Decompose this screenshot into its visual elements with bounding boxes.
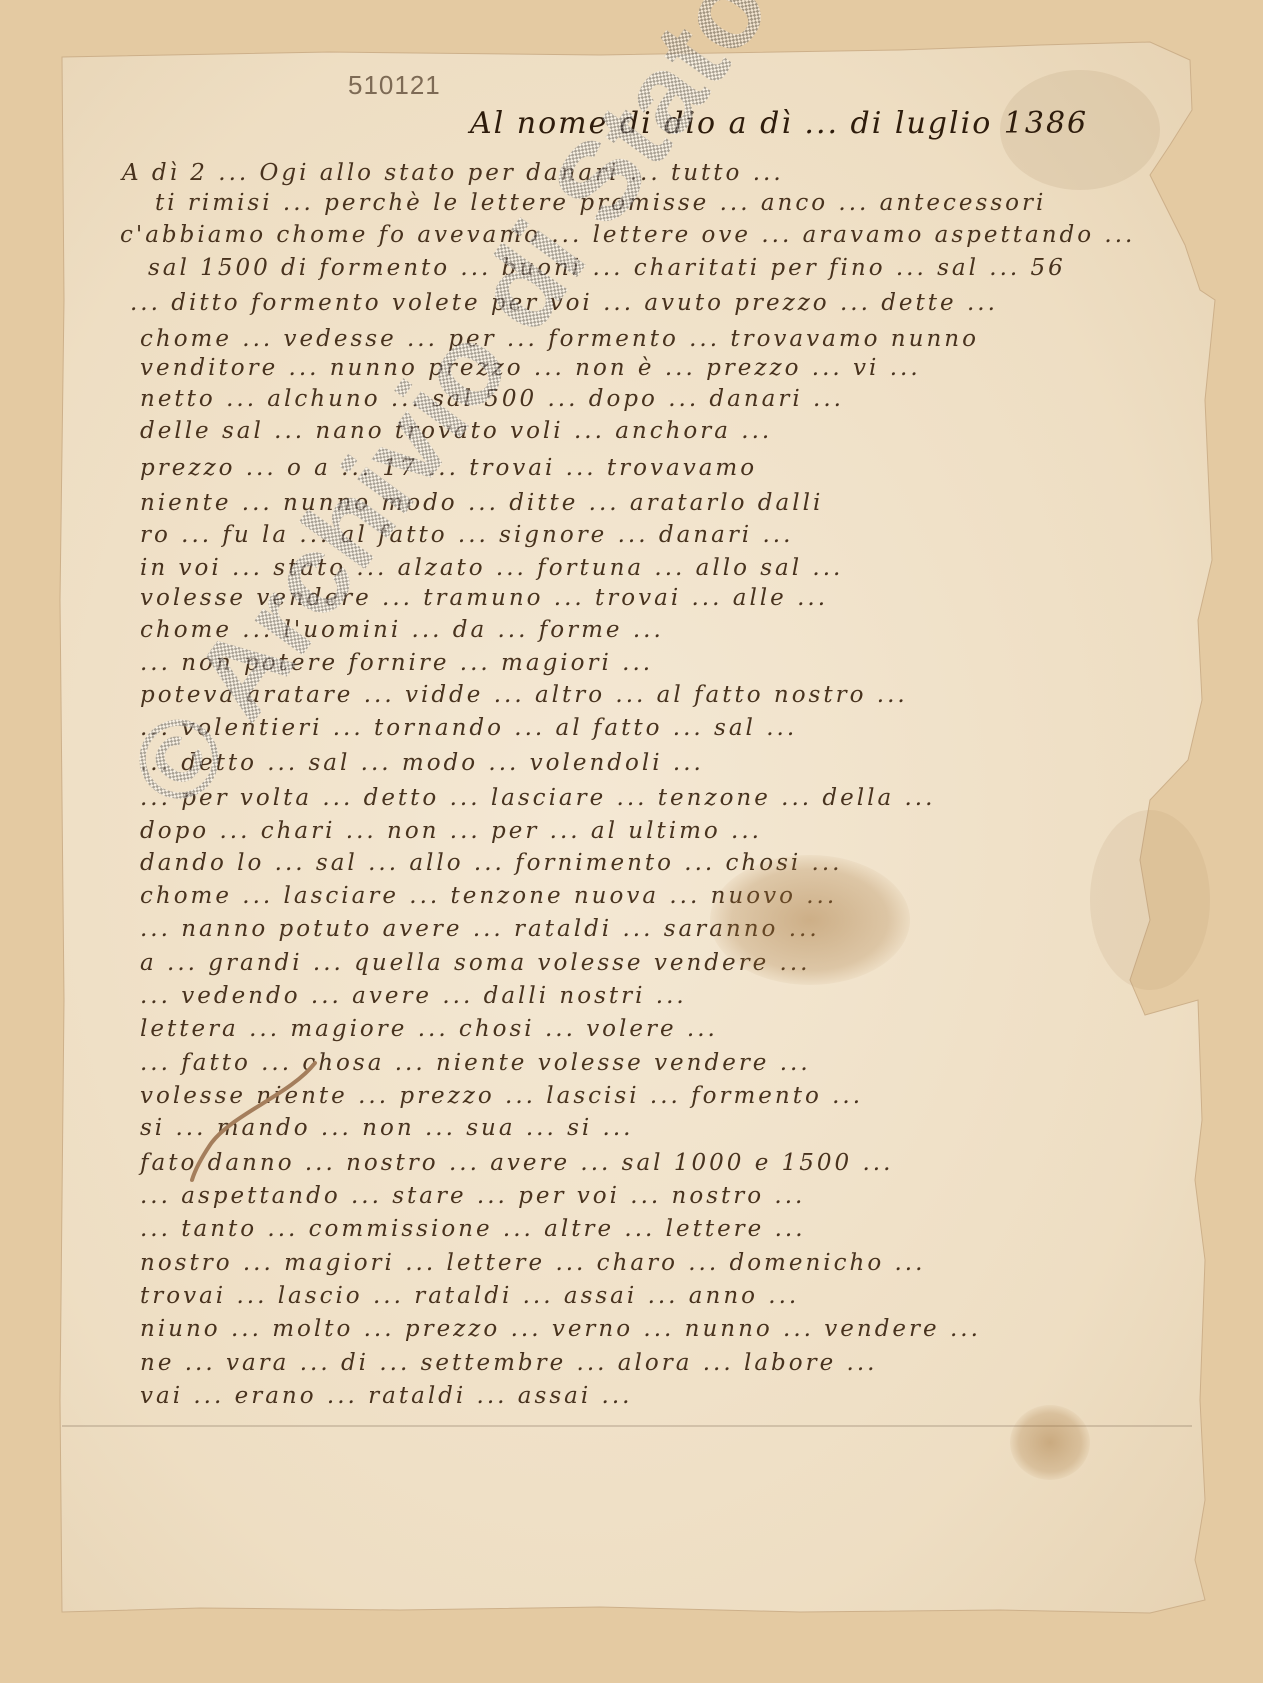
text-line: dopo ... chari ... non ... per ... al ul… (140, 818, 762, 844)
letter-heading: Al nome di dio a dì ... di luglio 1386 (470, 106, 1088, 141)
text-line: dando lo ... sal ... allo ... fornimento… (140, 850, 843, 876)
text-line: ti rimisi ... perchè le lettere promisse… (155, 190, 1046, 216)
text-line: poteva aratare ... vidde ... altro ... a… (140, 682, 908, 708)
text-line: delle sal ... nano trovato voli ... anch… (140, 418, 772, 444)
text-line: sal 1500 di formento ... buoni ... chari… (148, 255, 1066, 281)
text-line: ... vedendo ... avere ... dalli nostri .… (140, 983, 687, 1009)
text-line: ... detto ... sal ... modo ... volendoli… (140, 750, 704, 776)
text-line: prezzo ... o a ... 17 ... trovai ... tro… (140, 455, 757, 481)
text-line: niente ... nunno modo ... ditte ... arat… (140, 490, 823, 516)
text-line: trovai ... lascio ... rataldi ... assai … (140, 1283, 799, 1309)
text-line: lettera ... magiore ... chosi ... volere… (140, 1016, 718, 1042)
text-line: venditore ... nunno prezzo ... non è ...… (140, 355, 921, 381)
water-stain (710, 855, 910, 985)
text-line: A dì 2 ... Ogi allo stato per danari ...… (122, 160, 784, 186)
text-line: a ... grandi ... quella soma volesse ven… (140, 950, 810, 976)
text-line: ... volentieri ... tornando ... al fatto… (140, 715, 797, 741)
text-line: ... non potere fornire ... magiori ... (140, 650, 653, 676)
text-line: chome ... vedesse ... per ... formento .… (140, 326, 979, 352)
text-line: vai ... erano ... rataldi ... assai ... (140, 1383, 632, 1409)
text-line: chome ... l'uomini ... da ... forme ... (140, 617, 664, 643)
text-line: ... per volta ... detto ... lasciare ...… (140, 785, 935, 811)
thread-fragment (170, 1055, 370, 1185)
text-line: nostro ... magiori ... lettere ... charo… (140, 1250, 925, 1276)
text-line: netto ... alchuno ... sal 500 ... dopo .… (140, 386, 844, 412)
water-stain (1010, 1405, 1090, 1480)
text-line: niuno ... molto ... prezzo ... verno ...… (140, 1316, 981, 1342)
text-line: ... ditto formento volete per voi ... av… (130, 290, 998, 316)
text-line: ne ... vara ... di ... settembre ... alo… (140, 1350, 877, 1376)
text-line: c'abbiamo chome fo avevamo ... lettere o… (120, 222, 1135, 248)
text-line: ... tanto ... commissione ... altre ... … (140, 1216, 806, 1242)
archive-catalog-number: 510121 (348, 70, 441, 101)
text-line: ro ... fu la ... al fatto ... signore ..… (140, 522, 793, 548)
text-line: volesse vendere ... tramuno ... trovai .… (140, 585, 828, 611)
manuscript-page: 510121 Al nome di dio a dì ... di luglio… (0, 0, 1263, 1683)
text-line: ... aspettando ... stare ... per voi ...… (140, 1183, 805, 1209)
text-line: in voi ... stato ... alzato ... fortuna … (140, 555, 843, 581)
